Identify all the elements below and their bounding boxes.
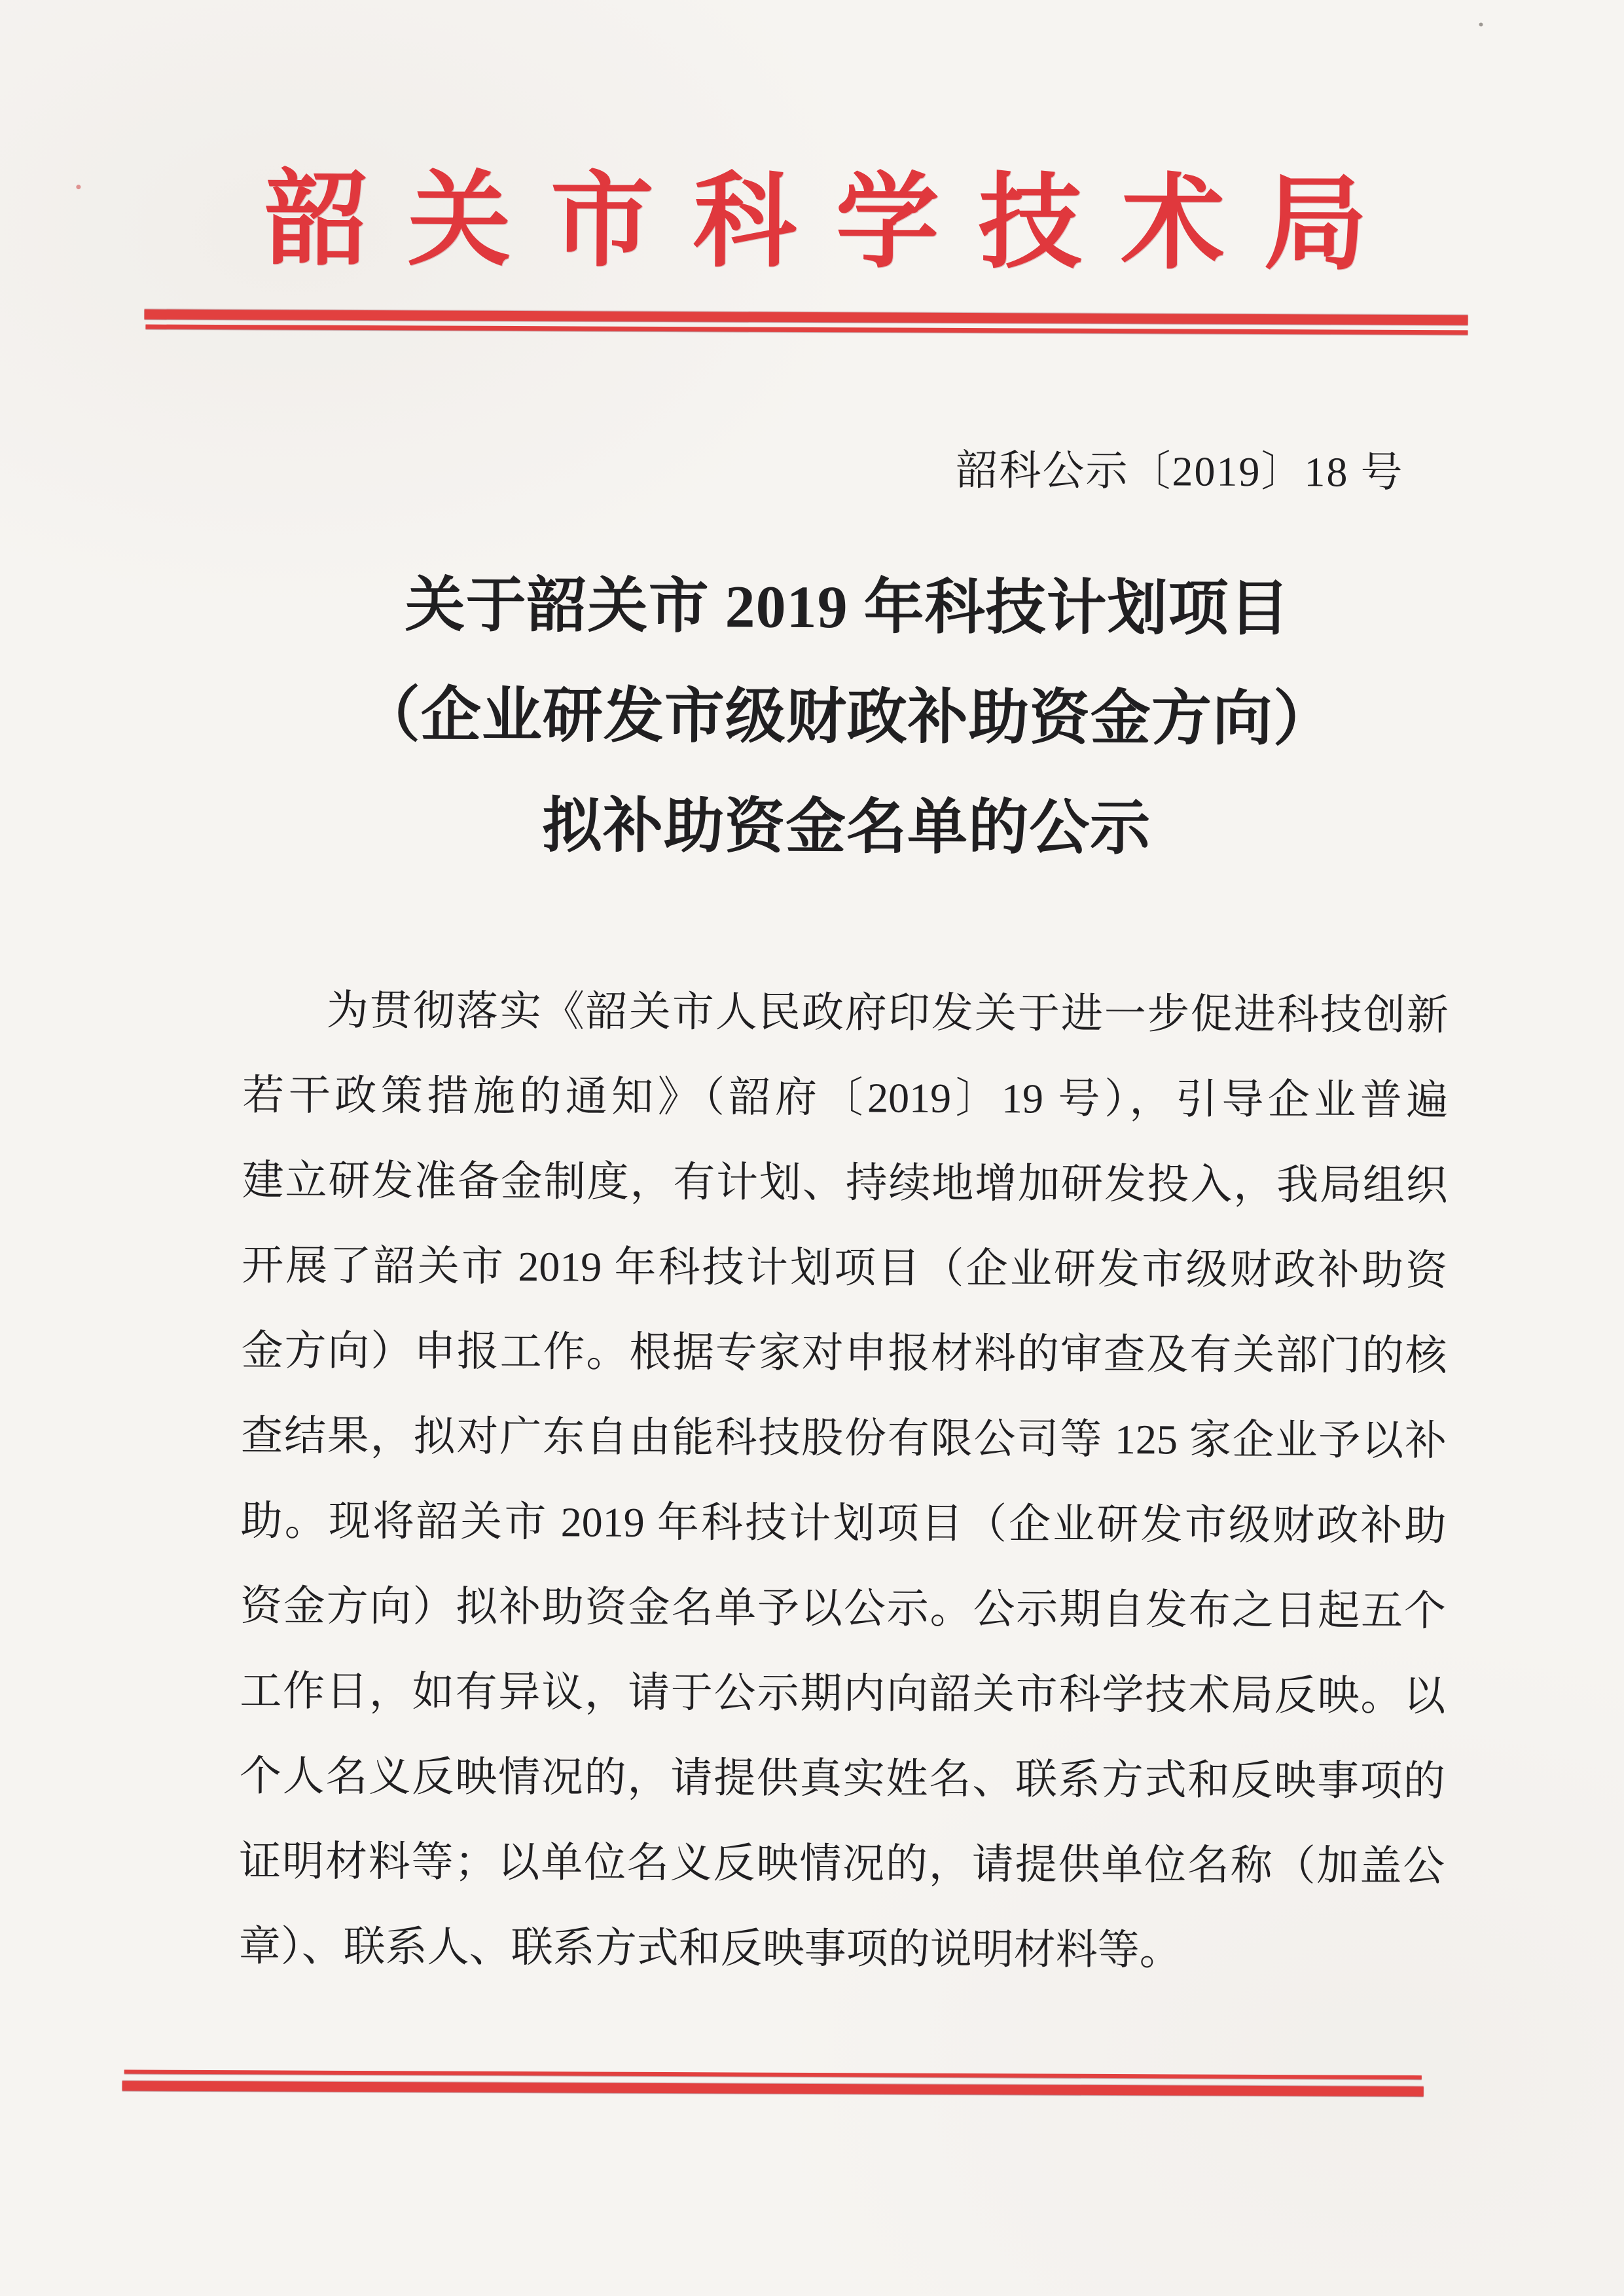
footer-rule-thick xyxy=(122,2081,1424,2096)
body-line: 章）、联系人、联系方式和反映事项的说明材料等。 xyxy=(238,1904,1445,1994)
body-line: 个人名义反映情况的，请提供真实姓名、联系方式和反映事项的 xyxy=(240,1734,1446,1824)
footer-rule-thin xyxy=(124,2069,1422,2079)
body-line: 助。现将韶关市 2019 年科技计划项目（企业研发市级财政补助 xyxy=(240,1478,1447,1569)
doc-number: 韶科公示〔2019〕18 号 xyxy=(245,444,1451,496)
scanned-document-page: 韶关市科学技术局 韶科公示〔2019〕18 号 关于韶关市 2019 年科技计划… xyxy=(0,0,1624,2296)
notice-title: 关于韶关市 2019 年科技计划项目 （企业研发市级财政补助资金方向） 拟补助资… xyxy=(244,549,1451,884)
body-line: 若干政策措施的通知》（韶府〔2019〕19 号），引导企业普遍 xyxy=(242,1053,1449,1143)
body-line: 建立研发准备金制度，有计划、持续地增加研发投入，我局组织 xyxy=(242,1138,1448,1228)
title-line: 拟补助资金名单的公示 xyxy=(244,769,1450,884)
body-line: 查结果，拟对广东自由能科技股份有限公司等 125 家企业予以补 xyxy=(241,1393,1447,1484)
body-line: 开展了韶关市 2019 年科技计划项目（企业研发市级财政补助资 xyxy=(242,1223,1448,1313)
header-rule-thin xyxy=(145,325,1468,335)
body-line: 工作日，如有异议，请于公示期内向韶关市科学技术局反映。以 xyxy=(240,1649,1446,1739)
title-line: 关于韶关市 2019 年科技计划项目 xyxy=(244,549,1451,665)
body-line: 为贯彻落实《韶关市人民政府印发关于进一步促进科技创新 xyxy=(243,968,1449,1058)
body-line: 证明材料等；以单位名义反映情况的，请提供单位名称（加盖公 xyxy=(239,1819,1445,1909)
notice-body: 为贯彻落实《韶关市人民政府印发关于进一步促进科技创新 若干政策措施的通知》（韶府… xyxy=(238,968,1449,1994)
body-line: 金方向）申报工作。根据专家对申报材料的审查及有关部门的核 xyxy=(241,1308,1447,1398)
scan-speck xyxy=(1479,22,1483,26)
title-line: （企业研发市级财政补助资金方向） xyxy=(244,659,1451,774)
document-content: 韶关市科学技术局 韶科公示〔2019〕18 号 关于韶关市 2019 年科技计划… xyxy=(0,0,1624,2296)
scan-speck xyxy=(76,185,81,189)
body-line: 资金方向）拟补助资金名单予以公示。公示期自发布之日起五个 xyxy=(240,1563,1447,1654)
header-rule-thick xyxy=(145,310,1468,325)
agency-name: 韶关市科学技术局 xyxy=(4,168,1624,279)
